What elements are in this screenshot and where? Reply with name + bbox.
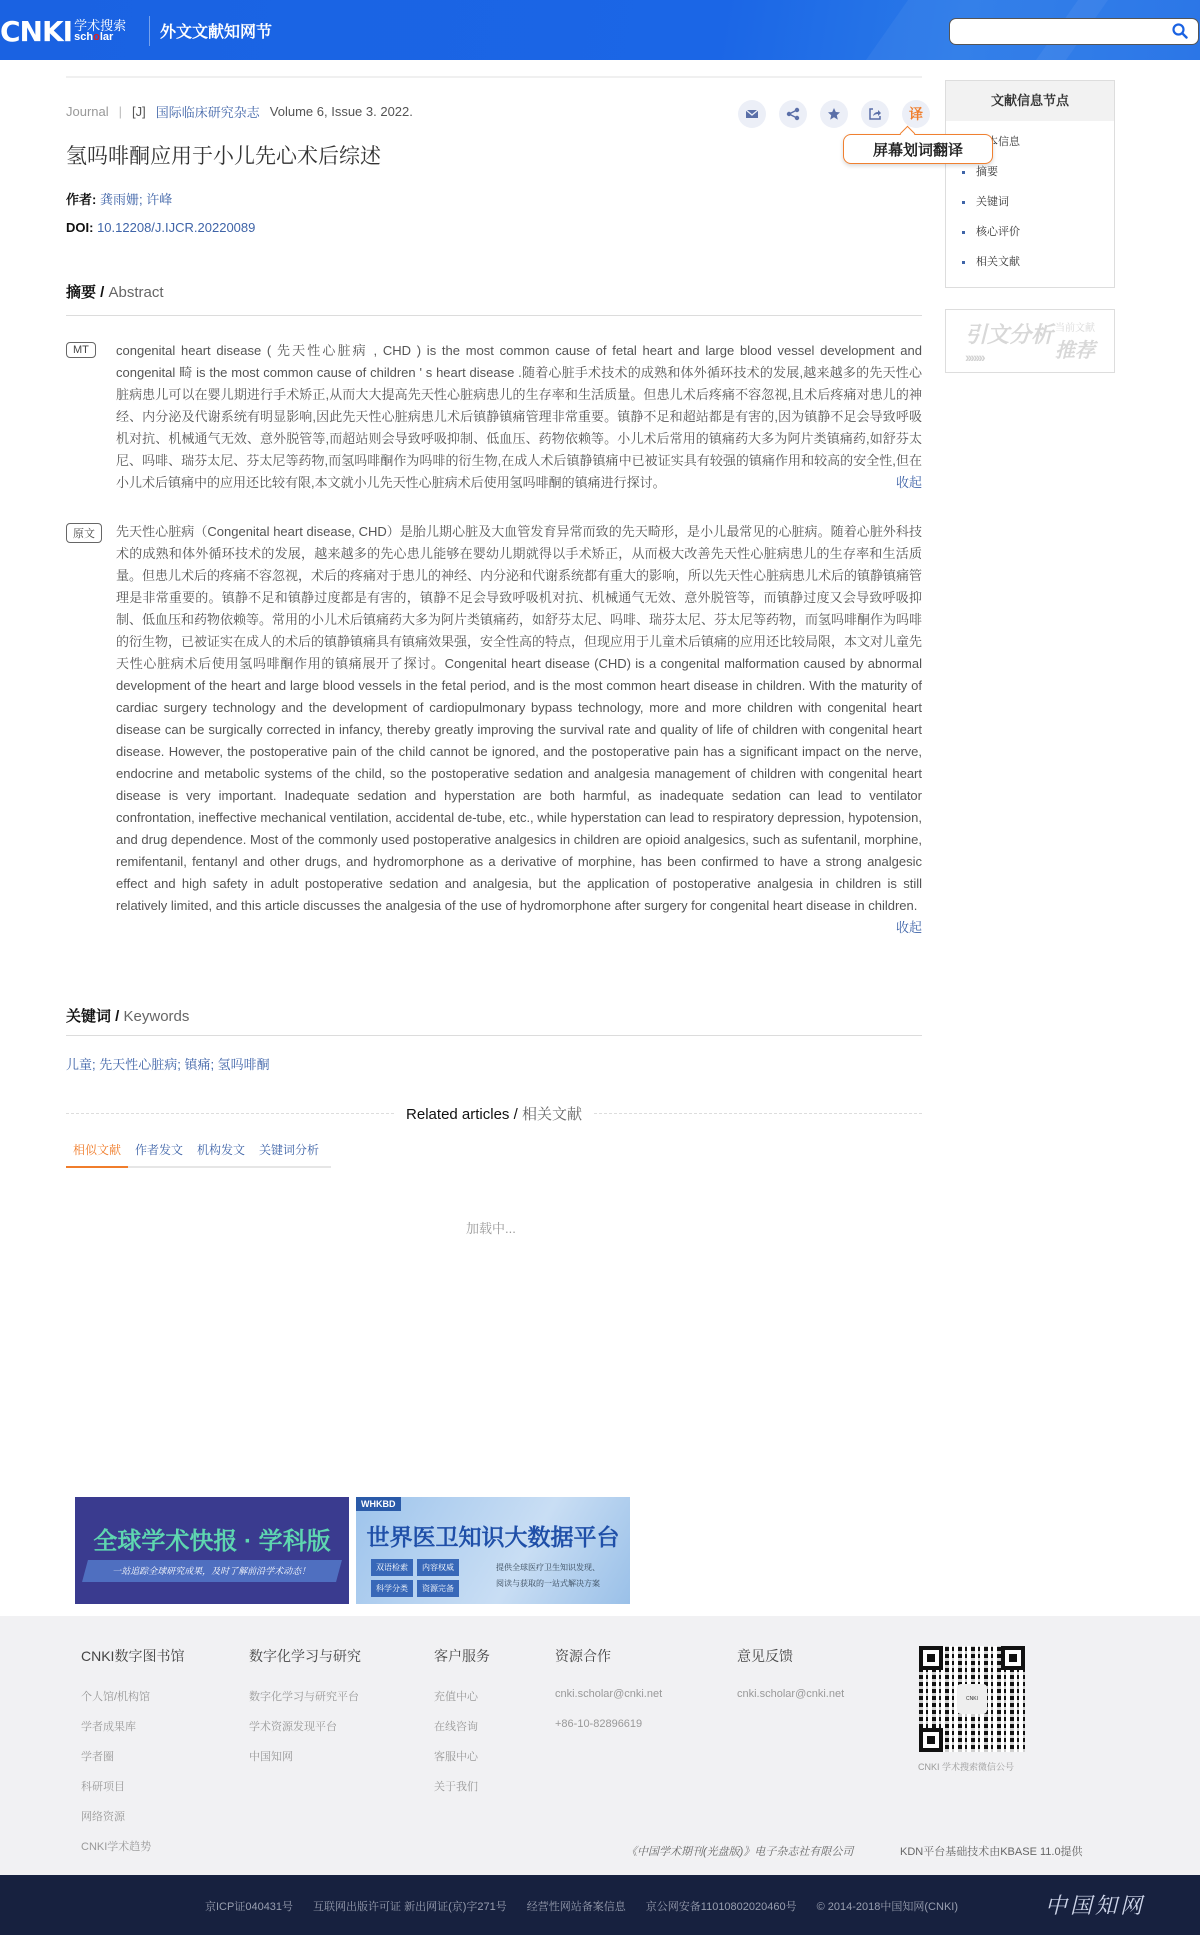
banner2-chip: 内容权威	[417, 1559, 459, 1576]
loading-indicator: 加载中...	[466, 1218, 516, 1237]
keywords-heading-en: Keywords	[124, 1008, 190, 1025]
nav-item-keywords[interactable]: 关键词	[946, 187, 1114, 217]
logo-divider	[149, 16, 150, 46]
footer-col-heading: CNKI数字图书馆	[81, 1646, 184, 1666]
abstract-heading-en: Abstract	[109, 284, 164, 301]
logo-sub-en: scholar	[74, 32, 126, 43]
footer-col-heading: 意见反馈	[737, 1646, 844, 1666]
banner2-tag: WHKBD	[356, 1497, 401, 1511]
mt-text-body: congenital heart disease ( 先天性心脏病 , CHD …	[116, 343, 922, 490]
abstract-divider	[66, 315, 922, 316]
footer-link[interactable]: 学者圈	[81, 1748, 184, 1778]
banner2-desc: 提供全球医疗卫生知识发现、 阅读与获取的一站式解决方案	[496, 1560, 600, 1592]
keywords-divider	[66, 1035, 922, 1036]
abstract-heading-cn: 摘要	[66, 284, 96, 301]
legal-link-publishing-license[interactable]: 互联网出版许可证 新出网证(京)字271号	[313, 1898, 507, 1914]
journal-link[interactable]: 国际临床研究杂志	[156, 102, 260, 121]
logo-sub-en-b: lar	[100, 31, 113, 43]
logo-sub: 学术搜索 scholar	[74, 19, 126, 43]
banner-global-academic-express[interactable]: 全球学术快报 · 学科版 一站追踪全球研究成果，及时了解前沿学术动态！	[75, 1497, 349, 1604]
footer-col-heading: 数字化学习与研究	[249, 1646, 361, 1666]
top-divider	[66, 76, 922, 78]
abstract-machine-translation: MT congenital heart disease ( 先天性心脏病 , C…	[66, 340, 922, 494]
article-title: 氢吗啡酮应用于小儿先心术后综述	[66, 140, 381, 170]
footer-link[interactable]: 学术资源发现平台	[249, 1718, 361, 1748]
keyword-links[interactable]: 儿童; 先天性心脏病; 镇痛; 氢吗啡酮	[66, 1054, 270, 1073]
cite-box-rec: 推荐	[1055, 334, 1095, 363]
search-box	[949, 18, 1199, 45]
banner1-title: 全球学术快报 · 学科版	[75, 1521, 349, 1556]
legal-link-icp[interactable]: 京ICP证040431号	[205, 1898, 293, 1914]
cite-box-right: 当前文献 推荐	[1055, 319, 1095, 363]
qr-finder	[919, 1646, 943, 1670]
meta-separator: |	[119, 104, 122, 119]
dashed-rule	[594, 1113, 922, 1114]
meta-type: [J]	[132, 104, 146, 119]
doi-link[interactable]: 10.12208/J.IJCR.20220089	[97, 220, 255, 235]
collapse-original-button[interactable]: 收起	[896, 917, 922, 939]
author-links[interactable]: 龚雨姗; 许峰	[100, 192, 172, 207]
footer-company: 《中国学术期刊(光盘版)》电子杂志社有限公司	[626, 1843, 853, 1859]
footer-col-heading: 客户服务	[434, 1646, 490, 1666]
tab-author-articles[interactable]: 作者发文	[128, 1140, 190, 1168]
cite-box-main: 引文分析	[965, 318, 1053, 349]
footer-col-cnki-library: CNKI数字图书馆 个人馆/机构馆 学者成果库 学者圈 科研项目 网络资源 CN…	[81, 1646, 184, 1868]
share-icon	[786, 107, 800, 121]
bottom-bar: 京ICP证040431号 互联网出版许可证 新出网证(京)字271号 经营性网站…	[0, 1875, 1200, 1935]
article-actions: 译	[738, 100, 930, 128]
doi: DOI: 10.12208/J.IJCR.20220089	[66, 220, 255, 235]
footer-link[interactable]: 科研项目	[81, 1778, 184, 1808]
legal-links: 京ICP证040431号 互联网出版许可证 新出网证(京)字271号 经营性网站…	[205, 1898, 958, 1914]
tab-keyword-analysis[interactable]: 关键词分析	[252, 1140, 326, 1168]
footer-link[interactable]: 网络资源	[81, 1808, 184, 1838]
footer-col-heading: 资源合作	[555, 1646, 662, 1666]
dashed-rule	[66, 1113, 394, 1114]
related-heading-text: Related articles / 相关文献	[394, 1103, 594, 1124]
footer-phone: +86-10-82896619	[555, 1718, 662, 1748]
cnki-scholar-logo[interactable]: CNKI 学术搜索 scholar	[0, 14, 126, 48]
authors: 作者: 龚雨姗; 许峰	[66, 189, 172, 208]
keywords-heading-sep: /	[111, 1008, 124, 1025]
translate-button[interactable]: 译	[902, 100, 930, 128]
tab-similar-articles[interactable]: 相似文献	[66, 1140, 128, 1168]
banner-whkbd[interactable]: WHKBD 世界医卫知识大数据平台 双语检索 内容权威 科学分类 资源完备 提供…	[356, 1497, 630, 1604]
cite-box-left: 引文分析 ›››››››	[965, 318, 1053, 365]
footer-link[interactable]: 中国知网	[249, 1748, 361, 1778]
footer-link[interactable]: 客服中心	[434, 1748, 490, 1778]
chevrons-icon: ›››››››	[965, 349, 1053, 365]
meta-category: Journal	[66, 104, 109, 119]
footer-link[interactable]: 学者成果库	[81, 1718, 184, 1748]
logo-cnki-text: CNKI	[0, 15, 72, 48]
original-text: 先天性心脏病（Congenital heart disease, CHD）是胎儿…	[116, 521, 922, 917]
nav-item-core-evaluation[interactable]: 核心评价	[946, 217, 1114, 247]
star-icon	[827, 107, 841, 121]
keywords-heading-cn: 关键词	[66, 1008, 111, 1025]
banner2-desc-1: 提供全球医疗卫生知识发现、	[496, 1560, 600, 1576]
footer-col-digital-learning: 数字化学习与研究 数字化学习与研究平台 学术资源发现平台 中国知网	[249, 1646, 361, 1778]
share-button[interactable]	[779, 100, 807, 128]
abstract-original: 原文 先天性心脏病（Congenital heart disease, CHD）…	[66, 521, 922, 939]
footer-email[interactable]: cnki.scholar@cnki.net	[555, 1688, 662, 1718]
banner1-subtitle: 一站追踪全球研究成果，及时了解前沿学术动态！	[82, 1560, 342, 1582]
translate-tooltip: 屏幕划词翻译	[843, 134, 993, 164]
abstract-heading-sep: /	[96, 284, 109, 301]
footer-link[interactable]: 数字化学习与研究平台	[249, 1688, 361, 1718]
footer-col-feedback: 意见反馈 cnki.scholar@cnki.net	[737, 1646, 844, 1718]
qr-center-logo: CNKI	[957, 1684, 987, 1714]
related-heading-sep: /	[509, 1106, 522, 1123]
tab-institution-articles[interactable]: 机构发文	[190, 1140, 252, 1168]
article-meta: Journal | [J] 国际临床研究杂志 Volume 6, Issue 3…	[66, 102, 413, 121]
doi-label: DOI:	[66, 220, 93, 235]
footer: CNKI数字图书馆 个人馆/机构馆 学者成果库 学者圈 科研项目 网络资源 CN…	[0, 1616, 1200, 1875]
email-button[interactable]	[738, 100, 766, 128]
meta-volume: Volume 6, Issue 3. 2022.	[270, 104, 413, 119]
nav-title: 文献信息节点	[946, 81, 1114, 121]
banner2-desc-2: 阅读与获取的一站式解决方案	[496, 1576, 600, 1592]
collapse-mt-button[interactable]: 收起	[896, 472, 922, 494]
mt-tag: MT	[66, 342, 96, 358]
legal-link-site-record[interactable]: 经营性网站备案信息	[527, 1898, 626, 1914]
footer-col-resource-cooperation: 资源合作 cnki.scholar@cnki.net +86-10-828966…	[555, 1646, 662, 1748]
export-icon	[868, 107, 882, 121]
mt-text: congenital heart disease ( 先天性心脏病 , CHD …	[116, 340, 922, 494]
export-button[interactable]	[861, 100, 889, 128]
footer-link[interactable]: CNKI学术趋势	[81, 1838, 184, 1868]
logo-sub-en-a: sch	[74, 31, 93, 43]
authors-label: 作者:	[66, 192, 96, 207]
qr-finder	[919, 1728, 943, 1752]
site-name: 外文文献知网节	[160, 19, 272, 42]
original-tag: 原文	[66, 523, 102, 543]
search-icon[interactable]	[1172, 23, 1188, 39]
logo-sub-en-dot: o	[93, 31, 100, 43]
qr-caption: CNKI 学术搜索微信公号	[918, 1760, 1014, 1773]
banner2-title: 世界医卫知识大数据平台	[356, 1519, 630, 1552]
legal-link-public-security[interactable]: 京公网安备11010802020460号	[646, 1898, 797, 1914]
document-nav-box: 文献信息节点 基本信息 摘要 关键词 核心评价 相关文献	[945, 80, 1115, 288]
banner2-chip: 资源完备	[417, 1580, 459, 1597]
qr-finder	[1001, 1646, 1025, 1670]
nav-item-related[interactable]: 相关文献	[946, 247, 1114, 277]
citation-analysis-recommend-button[interactable]: 引文分析 ››››››› 当前文献 推荐	[945, 309, 1115, 373]
cite-box-small: 当前文献	[1055, 319, 1095, 334]
wechat-qr-code: CNKI	[919, 1646, 1025, 1752]
footer-link[interactable]: 在线咨询	[434, 1718, 490, 1748]
related-heading-en: Related articles	[406, 1106, 509, 1123]
footer-col-customer-service: 客户服务 充值中心 在线咨询 客服中心 关于我们	[434, 1646, 490, 1808]
related-tabs: 相似文献 作者发文 机构发文 关键词分析	[66, 1140, 331, 1168]
copyright: © 2014-2018中国知网(CNKI)	[817, 1898, 958, 1914]
footer-email[interactable]: cnki.scholar@cnki.net	[737, 1688, 844, 1718]
banner2-chip: 科学分类	[371, 1580, 413, 1597]
banner2-chip: 双语检索	[371, 1559, 413, 1576]
translate-icon: 译	[909, 104, 923, 124]
envelope-icon	[745, 107, 759, 121]
favorite-button[interactable]	[820, 100, 848, 128]
keywords-heading: 关键词 / Keywords	[66, 1005, 189, 1026]
top-header: CNKI 学术搜索 scholar 外文文献知网节	[0, 0, 1200, 60]
related-heading: Related articles / 相关文献	[66, 1102, 922, 1124]
related-heading-cn: 相关文献	[522, 1106, 582, 1123]
search-input[interactable]	[958, 19, 1168, 44]
footer-link[interactable]: 个人馆/机构馆	[81, 1688, 184, 1718]
banner2-chips: 双语检索 内容权威 科学分类 资源完备	[371, 1559, 459, 1597]
footer-link[interactable]: 关于我们	[434, 1778, 490, 1808]
cnki-brand-logo[interactable]: 中国知网	[1045, 1889, 1145, 1920]
footer-link[interactable]: 充值中心	[434, 1688, 490, 1718]
footer-kdn: KDN平台基础技术由KBASE 11.0提供	[900, 1843, 1083, 1859]
original-text-body: 先天性心脏病（Congenital heart disease, CHD）是胎儿…	[116, 524, 922, 913]
abstract-heading: 摘要 / Abstract	[66, 281, 164, 302]
